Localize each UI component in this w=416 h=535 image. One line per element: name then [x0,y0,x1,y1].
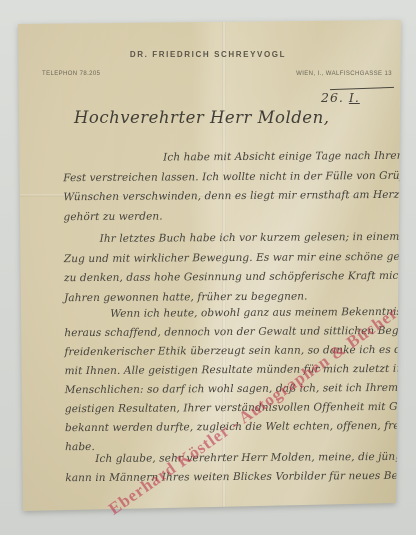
date-month: I. [349,90,360,105]
handwriting-line: Menschlichen: so darf ich wohl sagen, da… [65,379,407,400]
handwriting-line: mit Ihnen. Alle geistigen Resultate münd… [65,360,407,381]
handwriting-line: Ich glaube, sehr verehrter Herr Molden, … [65,448,407,469]
paragraph-4: Ich glaube, sehr verehrter Herr Molden, … [65,448,407,488]
handwriting-line: zu denken, dass hohe Gesinnung und schöp… [64,267,406,289]
letter-photo: DR. FRIEDRICH SCHREYVOGL TELEPHON 78.205… [0,0,416,535]
handwriting-line: Zug und mit wirklicher Bewegung. Es war … [64,247,406,269]
letter-body: Ich habe mit Absicht einige Tage nach Ih… [62,0,404,1]
letterhead-telephone: TELEPHON 78.205 [42,71,100,77]
date-day: 26. [321,90,344,105]
handwriting-line: gehört zu werden. [63,206,405,228]
handwriting-line: Wenn ich heute, obwohl ganz aus meinem B… [64,303,406,324]
salutation: Hochverehrter Herr Molden, [74,108,329,127]
handwritten-date: 26. I. [321,90,360,105]
paragraph-1: Ich habe mit Absicht einige Tage nach Ih… [63,147,406,228]
handwriting-line: Fest verstreichen lassen. Ich wollte nic… [63,167,405,189]
letterhead-address: WIEN, I., WALFISCHGASSE 13 [268,71,392,77]
handwriting-line: Wünschen verschwinden, denn es liegt mir… [63,186,405,208]
handwriting-line: Ihr letztes Buch habe ich vor kurzem gel… [64,228,406,250]
handwriting-line: kann in Männern Ihres weiten Blickes Vor… [65,467,407,488]
letterhead-name: DR. FRIEDRICH SCHREYVOGL [0,50,416,59]
handwriting-line: Ich habe mit Absicht einige Tage nach Ih… [63,147,405,169]
paragraph-2: Ihr letztes Buch habe ich vor kurzem gel… [64,228,407,308]
